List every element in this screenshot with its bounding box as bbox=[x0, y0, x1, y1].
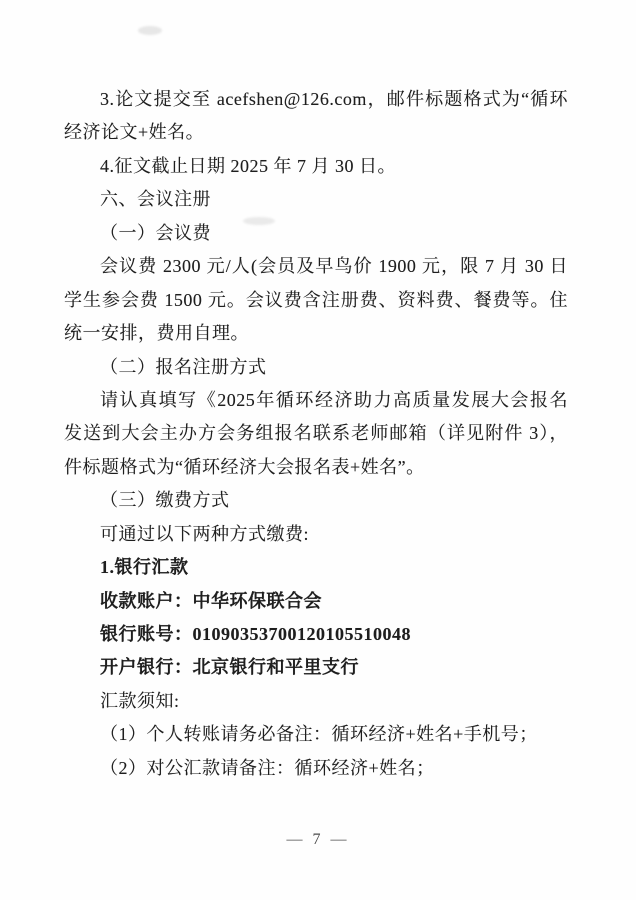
line-remittance-notes-heading: 汇款须知: bbox=[64, 685, 568, 718]
document-body: 3.论文提交至 acefshen@126.com，邮件标题格式为“循环 经济论文… bbox=[64, 83, 568, 785]
heading-conference-fee: （一）会议费 bbox=[64, 217, 568, 250]
line-registration-1: 请认真填写《2025年循环经济助力高质量发展大会报名表》， bbox=[64, 384, 568, 417]
line-payment-intro: 可通过以下两种方式缴费: bbox=[64, 518, 568, 551]
page-number: — 7 — bbox=[0, 831, 636, 849]
line-submission-deadline: 4.征文截止日期 2025 年 7 月 30 日。 bbox=[64, 150, 568, 183]
line-bank-account-number: 银行账号：01090353700120105510048 bbox=[64, 618, 568, 651]
line-conference-fee-2: 学生参会费 1500 元。会议费含注册费、资料费、餐费等。住宿 bbox=[64, 284, 568, 317]
line-conference-fee-1: 会议费 2300 元/人(会员及早鸟价 1900 元，限 7 月 30 日前)， bbox=[64, 250, 568, 283]
heading-section-registration: 六、会议注册 bbox=[64, 183, 568, 216]
document-page: 3.论文提交至 acefshen@126.com，邮件标题格式为“循环 经济论文… bbox=[0, 0, 636, 900]
line-payee-account: 收款账户：中华环保联合会 bbox=[64, 585, 568, 618]
line-registration-2: 发送到大会主办方会务组报名联系老师邮箱（详见附件 3），邮 bbox=[64, 417, 568, 450]
line-remittance-note-2: （2）对公汇款请备注：循环经济+姓名； bbox=[64, 752, 568, 785]
scan-artifact bbox=[138, 26, 162, 35]
heading-registration-method: （二）报名注册方式 bbox=[64, 351, 568, 384]
line-paper-submission-1: 3.论文提交至 acefshen@126.com，邮件标题格式为“循环 bbox=[64, 83, 568, 116]
heading-payment-method: （三）缴费方式 bbox=[64, 484, 568, 517]
line-paper-submission-2: 经济论文+姓名。 bbox=[64, 116, 568, 149]
line-registration-3: 件标题格式为“循环经济大会报名表+姓名”。 bbox=[64, 451, 568, 484]
line-bank-branch: 开户银行：北京银行和平里支行 bbox=[64, 651, 568, 684]
heading-bank-transfer: 1.银行汇款 bbox=[64, 551, 568, 584]
line-remittance-note-1: （1）个人转账请务必备注：循环经济+姓名+手机号； bbox=[64, 718, 568, 751]
line-conference-fee-3: 统一安排，费用自理。 bbox=[64, 317, 568, 350]
